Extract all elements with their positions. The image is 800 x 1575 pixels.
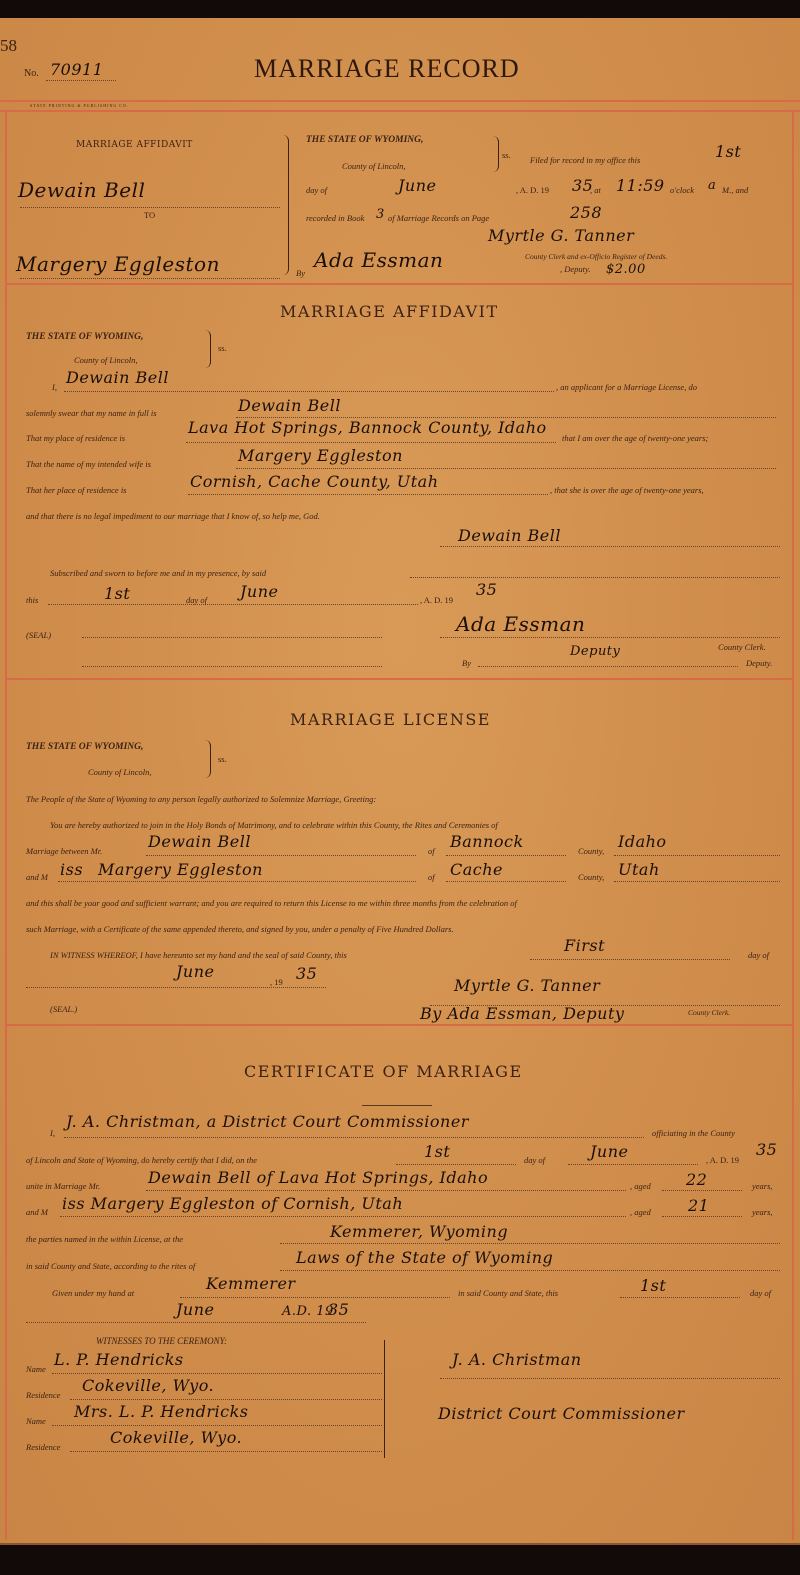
witness-1-name-label: Name	[26, 1364, 46, 1374]
record-page	[0, 18, 800, 1543]
affidavit-subscribed-line	[410, 577, 780, 578]
affidavit-subscribed-text: Subscribed and sworn to before me and in…	[50, 568, 266, 578]
affidavit-impediment-text: and that there is no legal impediment to…	[26, 511, 320, 521]
section-rule-1	[6, 283, 792, 285]
affidavit-applicant: Dewain Bell	[66, 368, 169, 387]
witness-1-name: L. P. Hendricks	[54, 1350, 184, 1369]
certificate-bride-age: 21	[688, 1196, 709, 1215]
certificate-bride-age-line	[662, 1216, 742, 1217]
filing-groom-line	[20, 207, 280, 208]
certificate-given-month-line	[26, 1322, 366, 1323]
certificate-given-day-of-label: day of	[750, 1288, 771, 1298]
license-county-clerk-label: County Clerk.	[688, 1008, 730, 1017]
affidavit-her-residence-line	[188, 494, 548, 495]
license-ss: ss.	[218, 754, 227, 764]
filing-month: June	[398, 176, 437, 195]
printer-line: STATE PRINTING & PUBLISHING CO.	[30, 103, 129, 108]
affidavit-sworn-day: 1st	[104, 584, 130, 603]
certificate-groom-age-line	[662, 1190, 742, 1191]
page-title: MARRIAGE RECORD	[254, 54, 520, 84]
section-rule-3	[6, 1024, 792, 1026]
license-witness-text: IN WITNESS WHEREOF, I have hereunto set …	[50, 950, 347, 960]
license-groom-state: Idaho	[618, 832, 667, 851]
witness-2-residence-line	[70, 1451, 382, 1452]
filing-day-of-label: day of	[306, 185, 327, 195]
license-bride-county-label: County,	[578, 872, 604, 882]
certificate-bride-line	[60, 1216, 626, 1217]
filing-state-label: THE STATE OF WYOMING,	[306, 135, 423, 145]
certificate-officiant: J. A. Christman, a District Court Commis…	[66, 1112, 469, 1131]
filing-meridiem: a	[708, 178, 716, 193]
license-month-line	[26, 987, 326, 988]
certificate-rites-text: in said County and State, according to t…	[26, 1261, 195, 1271]
certificate-groom-full: Dewain Bell of Lava Hot Springs, Idaho	[148, 1168, 488, 1187]
affidavit-ss-brace	[202, 330, 211, 368]
affidavit-wife-line	[236, 468, 776, 469]
certificate-heading: CERTIFICATE OF MARRIAGE	[244, 1062, 523, 1081]
filing-deputy-signature: Ada Essman	[314, 248, 443, 272]
filing-clerk-signature: Myrtle G. Tanner	[488, 226, 634, 245]
affidavit-her-residence-suffix: , that she is over the age of twenty-one…	[550, 485, 704, 495]
license-groom-of-label: of	[428, 846, 435, 856]
certificate-given-day: 1st	[640, 1276, 666, 1295]
filing-m-and-label: M., and	[722, 185, 748, 195]
certificate-year: 35	[756, 1140, 777, 1159]
license-groom-state-line	[614, 855, 780, 856]
license-witness-year: 35	[296, 964, 317, 983]
affidavit-by-label: By	[462, 658, 471, 668]
certificate-given-year: 35	[328, 1300, 349, 1319]
certificate-said-county-text: in said County and State, this	[458, 1288, 558, 1298]
license-clerk-signature: Myrtle G. Tanner	[454, 976, 600, 995]
filing-county-label: County of Lincoln,	[342, 161, 406, 171]
certificate-groom-age: 22	[686, 1170, 707, 1189]
affidavit-wife-text: That the name of my intended wife is	[26, 459, 151, 469]
witness-1-name-line	[52, 1373, 382, 1374]
left-margin-rule	[5, 110, 7, 1540]
license-bride-prefix: iss	[60, 860, 83, 879]
license-bride-state: Utah	[618, 860, 660, 879]
license-witness-month: June	[176, 962, 215, 981]
filing-filed-text: Filed for record in my office this	[530, 155, 640, 165]
affidavit-applicant-suffix: , an applicant for a Marriage License, d…	[556, 382, 697, 392]
license-seal-label: (SEAL.)	[50, 1004, 77, 1014]
witnesses-divider	[384, 1340, 385, 1458]
affidavit-lower-line	[82, 666, 382, 667]
license-groom: Dewain Bell	[148, 832, 251, 851]
affidavit-her-residence: Cornish, Cache County, Utah	[190, 472, 439, 491]
license-warrant-text: and this shall be your good and sufficie…	[26, 898, 517, 908]
filing-day: 1st	[715, 142, 741, 161]
affidavit-her-residence-text: That her place of residence is	[26, 485, 127, 495]
affidavit-county-label: County of Lincoln,	[74, 355, 138, 365]
certificate-rites-line	[280, 1270, 780, 1271]
license-bride-county: Cache	[450, 860, 503, 879]
certificate-divider	[362, 1105, 432, 1106]
certificate-i-label: I,	[50, 1128, 55, 1138]
affidavit-wife-name: Margery Eggleston	[238, 446, 403, 465]
filing-of-records-text: of Marriage Records on Page	[388, 213, 489, 223]
license-between-label: Marriage between Mr.	[26, 846, 102, 856]
affidavit-i-label: I,	[52, 382, 57, 392]
header-rule-top	[0, 100, 800, 102]
affidavit-clerk-signature: Ada Essman	[456, 612, 585, 636]
license-bride-state-line	[614, 881, 780, 882]
license-deputy-signature: By Ada Essman, Deputy	[420, 1004, 624, 1023]
witness-1-residence-line	[70, 1399, 382, 1400]
affidavit-deputy-label: Deputy.	[746, 658, 772, 668]
filing-recorded-text: recorded in Book	[306, 213, 364, 223]
license-county-label: County of Lincoln,	[88, 767, 152, 777]
license-bride-county-line	[446, 881, 566, 882]
affidavit-sworn-month: June	[240, 582, 279, 601]
certificate-day-of-label: day of	[524, 1155, 545, 1165]
license-groom-county-line	[446, 855, 566, 856]
record-no: 70911	[50, 60, 103, 79]
filing-ad-label: , A. D. 19	[516, 185, 549, 195]
certificate-day: 1st	[424, 1142, 450, 1161]
filing-at-label: , at	[590, 185, 601, 195]
certificate-bride-full: iss Margery Eggleston of Cornish, Utah	[62, 1194, 403, 1213]
witness-1-residence-label: Residence	[26, 1390, 60, 1400]
license-bride-of-label: of	[428, 872, 435, 882]
license-and-label: and M	[26, 872, 48, 882]
header-rule-bottom	[0, 110, 800, 112]
certificate-place: Kemmerer, Wyoming	[330, 1222, 508, 1241]
affidavit-applicant-line	[64, 391, 554, 392]
witness-2-name-label: Name	[26, 1416, 46, 1426]
license-groom-county: Bannock	[450, 832, 524, 851]
affidavit-heading: MARRIAGE AFFIDAVIT	[280, 302, 499, 321]
filing-page: 258	[570, 203, 602, 222]
filing-book: 3	[376, 207, 385, 222]
affidavit-swear-text: solemnly swear that my name in full is	[26, 408, 157, 418]
affidavit-sworn-year: 35	[476, 580, 497, 599]
filing-to-label: TO	[144, 210, 155, 220]
affidavit-residence: Lava Hot Springs, Bannock County, Idaho	[188, 418, 547, 437]
license-bride-line	[58, 881, 416, 882]
affidavit-this-label: this	[26, 595, 38, 605]
license-year-prefix: , 19	[270, 977, 283, 987]
certificate-given-text: Given under my hand at	[52, 1288, 134, 1298]
affidavit-seal-label: (SEAL)	[26, 630, 51, 640]
license-groom-county-label: County,	[578, 846, 604, 856]
filing-clerk-title: County Clerk and ex-Officio Register of …	[525, 252, 667, 261]
certificate-month-line	[568, 1164, 698, 1165]
license-authorized-text: You are hereby authorized to join in the…	[50, 820, 498, 830]
filing-oclock-label: o'clock	[670, 185, 694, 195]
affidavit-clerk-line	[440, 637, 780, 638]
certificate-bride-years-label: years,	[752, 1207, 773, 1217]
affidavit-date-line	[48, 604, 418, 605]
right-margin-rule	[792, 110, 794, 1540]
affidavit-full-name: Dewain Bell	[238, 396, 341, 415]
certificate-officiating-text: officiating in the County	[652, 1128, 735, 1138]
certificate-groom-line	[146, 1190, 626, 1191]
license-certificate-text: such Marriage, with a Certificate of the…	[26, 924, 454, 934]
record-no-label: No.	[24, 68, 39, 79]
witness-2-name: Mrs. L. P. Hendricks	[74, 1402, 249, 1421]
license-witness-day-line	[530, 959, 730, 960]
affidavit-deputy-note: Deputy	[570, 644, 620, 659]
affidavit-residence-suffix: that I am over the age of twenty-one yea…	[562, 433, 708, 443]
section-rule-2	[6, 678, 792, 680]
license-bride: Margery Eggleston	[98, 860, 263, 879]
affidavit-residence-line	[186, 442, 556, 443]
license-ss-brace	[202, 740, 211, 778]
page-bottom-edge	[0, 1543, 800, 1575]
certificate-officiant-line	[64, 1137, 644, 1138]
filing-deputy-label: , Deputy.	[560, 264, 590, 274]
page-number: 58	[0, 36, 17, 56]
filing-left-heading: MARRIAGE AFFIDAVIT	[76, 140, 193, 150]
license-heading: MARRIAGE LICENSE	[290, 710, 491, 729]
license-greeting: The People of the State of Wyoming to an…	[26, 794, 376, 804]
filing-bride-line	[20, 278, 280, 279]
affidavit-seal-line	[82, 637, 382, 638]
certificate-officiant-signature: J. A. Christman	[452, 1350, 582, 1369]
certificate-month: June	[590, 1142, 629, 1161]
filing-ss-brace	[490, 136, 499, 172]
affidavit-ss: ss.	[218, 343, 227, 353]
filing-groom: Dewain Bell	[18, 178, 145, 202]
certificate-ad-label: , A. D. 19	[706, 1155, 739, 1165]
certificate-certify-text: of Lincoln and State of Wyoming, do here…	[26, 1155, 257, 1165]
certificate-officiant-signature-line	[440, 1378, 780, 1379]
certificate-given-place-line	[180, 1297, 450, 1298]
affidavit-residence-text: That my place of residence is	[26, 433, 125, 443]
certificate-bride-aged-label: , aged	[630, 1207, 651, 1217]
certificate-parties-text: the parties named in the within License,…	[26, 1234, 183, 1244]
certificate-given-day-line	[620, 1297, 740, 1298]
certificate-and-label: and M	[26, 1207, 48, 1217]
filing-fee: $2.00	[606, 262, 646, 277]
filing-bride: Margery Eggleston	[16, 252, 220, 276]
affidavit-applicant-signature: Dewain Bell	[458, 526, 561, 545]
certificate-given-place: Kemmerer	[206, 1274, 296, 1293]
affidavit-signature-line	[440, 546, 780, 547]
filing-ss: ss.	[502, 150, 511, 160]
affidavit-ad-label: , A. D. 19	[420, 595, 453, 605]
filing-brace	[280, 135, 289, 275]
certificate-unite-label: unite in Marriage Mr.	[26, 1181, 100, 1191]
certificate-place-line	[280, 1243, 780, 1244]
license-groom-line	[146, 855, 416, 856]
affidavit-county-clerk-label: County Clerk.	[718, 642, 766, 652]
certificate-given-month: June	[176, 1300, 215, 1319]
certificate-groom-aged-label: , aged	[630, 1181, 651, 1191]
witness-2-residence: Cokeville, Wyo.	[110, 1428, 242, 1447]
certificate-officiant-title: District Court Commissioner	[438, 1404, 685, 1423]
license-witness-day: First	[564, 936, 605, 955]
certificate-day-line	[396, 1164, 516, 1165]
affidavit-by-line	[478, 666, 738, 667]
certificate-rites: Laws of the State of Wyoming	[296, 1248, 553, 1267]
filing-time: 11:59	[616, 176, 665, 195]
record-no-line	[46, 80, 116, 81]
witness-2-name-line	[52, 1425, 382, 1426]
witnesses-heading: WITNESSES TO THE CEREMONY:	[96, 1336, 227, 1346]
filing-by-label: By	[296, 268, 305, 278]
certificate-groom-years-label: years,	[752, 1181, 773, 1191]
certificate-given-year-prefix: A.D. 19	[282, 1304, 334, 1319]
affidavit-state-label: THE STATE OF WYOMING,	[26, 332, 143, 342]
witness-1-residence: Cokeville, Wyo.	[82, 1376, 214, 1395]
witness-2-residence-label: Residence	[26, 1442, 60, 1452]
license-state-label: THE STATE OF WYOMING,	[26, 742, 143, 752]
license-day-of-label: day of	[748, 950, 769, 960]
